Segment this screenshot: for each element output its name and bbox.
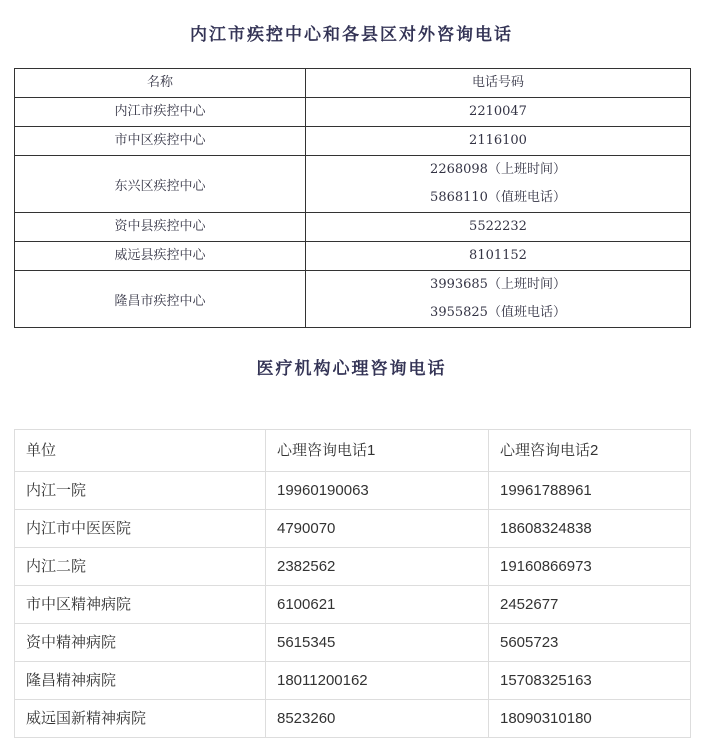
hosp-unit-cell: 内江市中医医院 [15, 510, 266, 548]
cdc-name-cell: 隆昌市疾控中心 [15, 271, 306, 328]
table-row: 内江一院 19960190063 19961788961 [15, 472, 691, 510]
hospital-phone-table: 单位 心理咨询电话1 心理咨询电话2 内江一院 19960190063 1996… [14, 429, 691, 738]
cdc-phone-cell: 2116100 [306, 127, 691, 156]
table-row: 资中县疾控中心 5522232 [15, 213, 691, 242]
hosp-header-unit: 单位 [15, 430, 266, 472]
hosp-phone2-cell: 18090310180 [489, 700, 691, 738]
hosp-header-phone2: 心理咨询电话2 [489, 430, 691, 472]
cdc-phone-cell: 8101152 [306, 242, 691, 271]
page: 内江市疾控中心和各县区对外咨询电话 名称 电话号码 内江市疾控中心 221004… [0, 14, 703, 738]
table-row: 隆昌市疾控中心 3993685（上班时间） 3955825（值班电话） [15, 271, 691, 328]
hosp-unit-cell: 隆昌精神病院 [15, 662, 266, 700]
table-row: 市中区精神病院 6100621 2452677 [15, 586, 691, 624]
hosp-unit-cell: 内江一院 [15, 472, 266, 510]
cdc-header-phone: 电话号码 [306, 69, 691, 98]
hospital-section-title: 医疗机构心理咨询电话 [0, 360, 703, 378]
table-row: 市中区疾控中心 2116100 [15, 127, 691, 156]
hosp-phone1-cell: 4790070 [266, 510, 489, 548]
cdc-phone-cell: 2268098（上班时间） 5868110（值班电话） [306, 156, 691, 213]
cdc-phone-cell: 5522232 [306, 213, 691, 242]
table-row: 威远国新精神病院 8523260 18090310180 [15, 700, 691, 738]
phone-line: 2268098（上班时间） [306, 156, 690, 184]
cdc-name-cell: 东兴区疾控中心 [15, 156, 306, 213]
cdc-phone-table: 名称 电话号码 内江市疾控中心 2210047 市中区疾控中心 2116100 … [14, 68, 691, 328]
table-row: 内江市中医医院 4790070 18608324838 [15, 510, 691, 548]
hosp-phone2-cell: 19160866973 [489, 548, 691, 586]
hosp-phone2-cell: 15708325163 [489, 662, 691, 700]
cdc-name-cell: 内江市疾控中心 [15, 98, 306, 127]
cdc-name-cell: 威远县疾控中心 [15, 242, 306, 271]
cdc-header-name: 名称 [15, 69, 306, 98]
cdc-section-title: 内江市疾控中心和各县区对外咨询电话 [0, 14, 703, 44]
hosp-phone2-cell: 19961788961 [489, 472, 691, 510]
phone-line: 3955825（值班电话） [306, 299, 690, 327]
table-row: 内江二院 2382562 19160866973 [15, 548, 691, 586]
cdc-name-cell: 资中县疾控中心 [15, 213, 306, 242]
table-row: 内江市疾控中心 2210047 [15, 98, 691, 127]
cdc-phone-cell: 3993685（上班时间） 3955825（值班电话） [306, 271, 691, 328]
hosp-header-phone1: 心理咨询电话1 [266, 430, 489, 472]
hosp-unit-cell: 威远国新精神病院 [15, 700, 266, 738]
hosp-phone2-cell: 5605723 [489, 624, 691, 662]
phone-line: 5868110（值班电话） [306, 184, 690, 212]
table-row: 隆昌精神病院 18011200162 15708325163 [15, 662, 691, 700]
phone-line: 3993685（上班时间） [306, 271, 690, 299]
table-row: 东兴区疾控中心 2268098（上班时间） 5868110（值班电话） [15, 156, 691, 213]
hosp-phone1-cell: 6100621 [266, 586, 489, 624]
cdc-phone-cell: 2210047 [306, 98, 691, 127]
cdc-name-cell: 市中区疾控中心 [15, 127, 306, 156]
hosp-phone2-cell: 18608324838 [489, 510, 691, 548]
hosp-unit-cell: 市中区精神病院 [15, 586, 266, 624]
hosp-phone1-cell: 19960190063 [266, 472, 489, 510]
table-row: 威远县疾控中心 8101152 [15, 242, 691, 271]
hosp-phone2-cell: 2452677 [489, 586, 691, 624]
table-header-row: 单位 心理咨询电话1 心理咨询电话2 [15, 430, 691, 472]
table-header-row: 名称 电话号码 [15, 69, 691, 98]
hosp-phone1-cell: 8523260 [266, 700, 489, 738]
hosp-phone1-cell: 18011200162 [266, 662, 489, 700]
hosp-phone1-cell: 2382562 [266, 548, 489, 586]
table-row: 资中精神病院 5615345 5605723 [15, 624, 691, 662]
hosp-unit-cell: 资中精神病院 [15, 624, 266, 662]
hosp-unit-cell: 内江二院 [15, 548, 266, 586]
hosp-phone1-cell: 5615345 [266, 624, 489, 662]
